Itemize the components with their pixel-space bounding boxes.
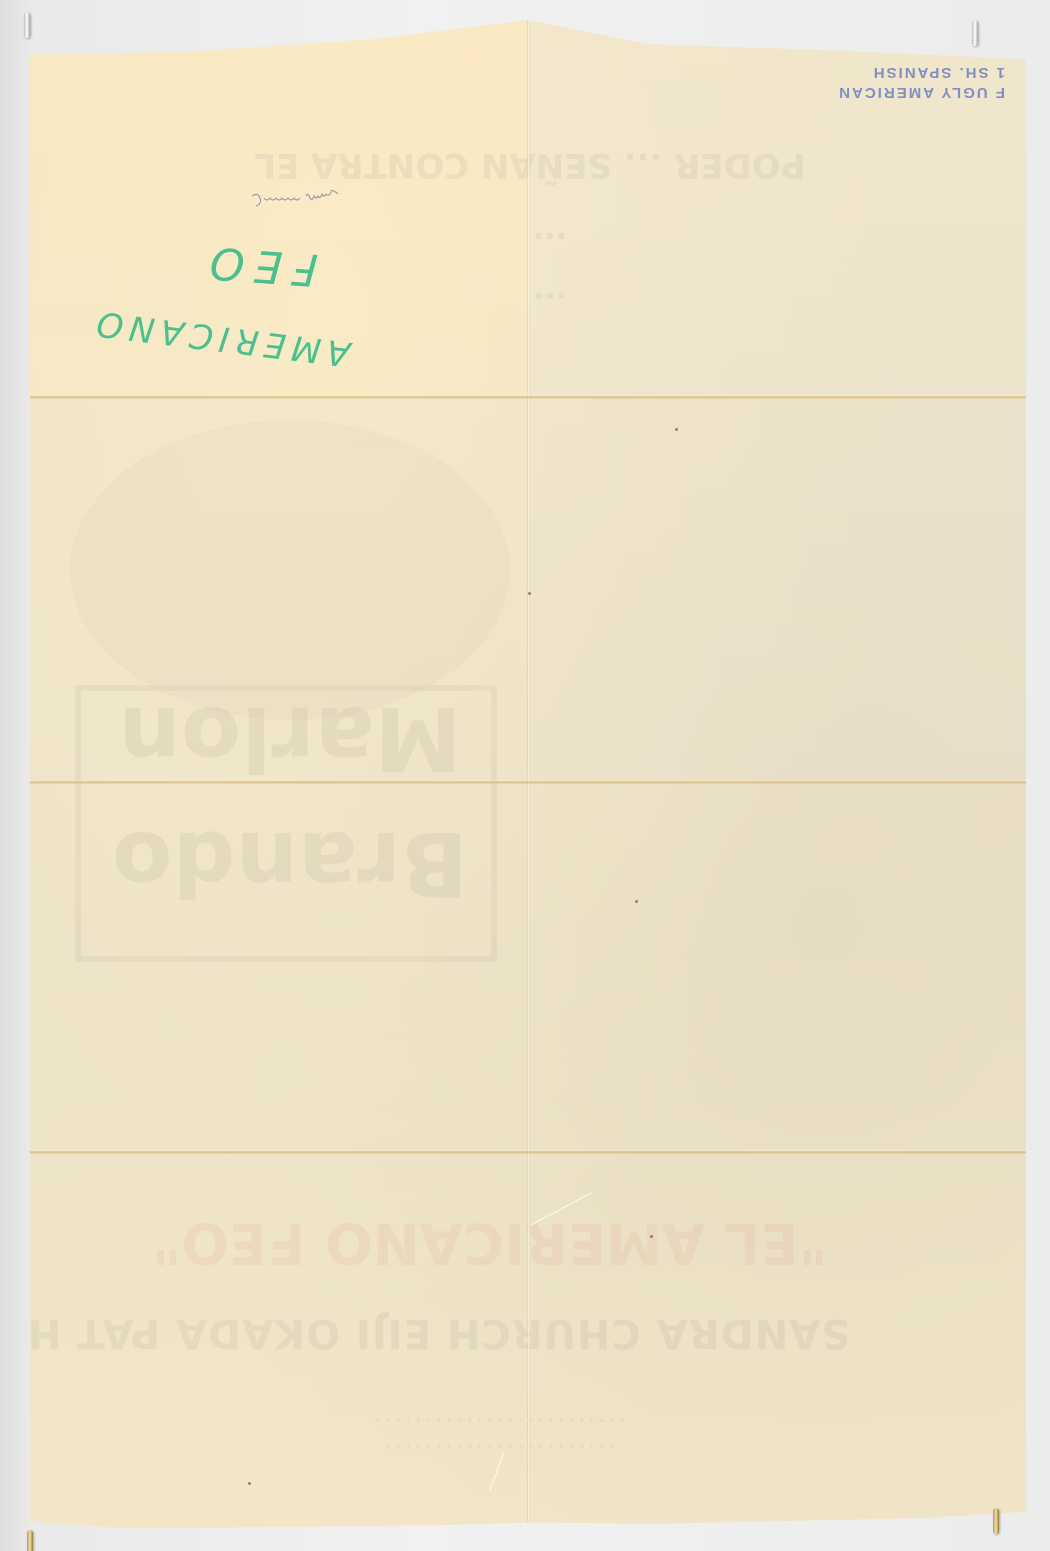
ghost-cast: SANDRA CHURCH EIJI OKADA PAT HINGLE (150, 1310, 850, 1356)
fold-line-horizontal-1 (30, 395, 1026, 399)
handwritten-title-line-2: FEO (198, 236, 319, 295)
inventory-stamp: F UGLY AMERICAN 1 SH. SPANISH (805, 62, 1005, 102)
pin-bottom-right (993, 1508, 999, 1534)
speck (675, 428, 678, 431)
speck (528, 592, 531, 595)
poster-reverse: PODER ... SEÑAN CONTRA EL ... ... Marlon… (30, 20, 1026, 1530)
ghost-artwork (70, 420, 510, 720)
pin-top-right (972, 20, 978, 46)
speck (650, 1235, 653, 1238)
speck (248, 1482, 251, 1485)
pin-bottom-left (27, 1530, 33, 1551)
pin-top-left (24, 12, 30, 38)
ghost-tagline: PODER ... SEÑAN CONTRA EL (110, 145, 950, 185)
fold-line-vertical (527, 20, 530, 1530)
fold-line-horizontal-3 (30, 1150, 1026, 1154)
wall-background (0, 0, 30, 1551)
ghost-title: "EL AMERICANO FEO" (120, 1210, 860, 1275)
ghost-credits-2: · · · · · · · · · · · · · · · · · · · · … (170, 1438, 830, 1454)
speck (635, 900, 638, 903)
fold-line-horizontal-2 (30, 780, 1026, 784)
crease-mark (490, 1453, 505, 1491)
ghost-credits-1: · · · · · · · · · · · · · · · · · · · · … (130, 1412, 870, 1428)
panel-mid-right (530, 398, 1026, 778)
pencil-signature (250, 190, 340, 208)
ghost-star-name-2: Brando (90, 815, 490, 911)
stamp-line-2: 1 SH. SPANISH (805, 62, 1005, 82)
stamp-line-1: F UGLY AMERICAN (805, 82, 1005, 102)
ghost-star-name-1: Marlon (90, 690, 490, 786)
